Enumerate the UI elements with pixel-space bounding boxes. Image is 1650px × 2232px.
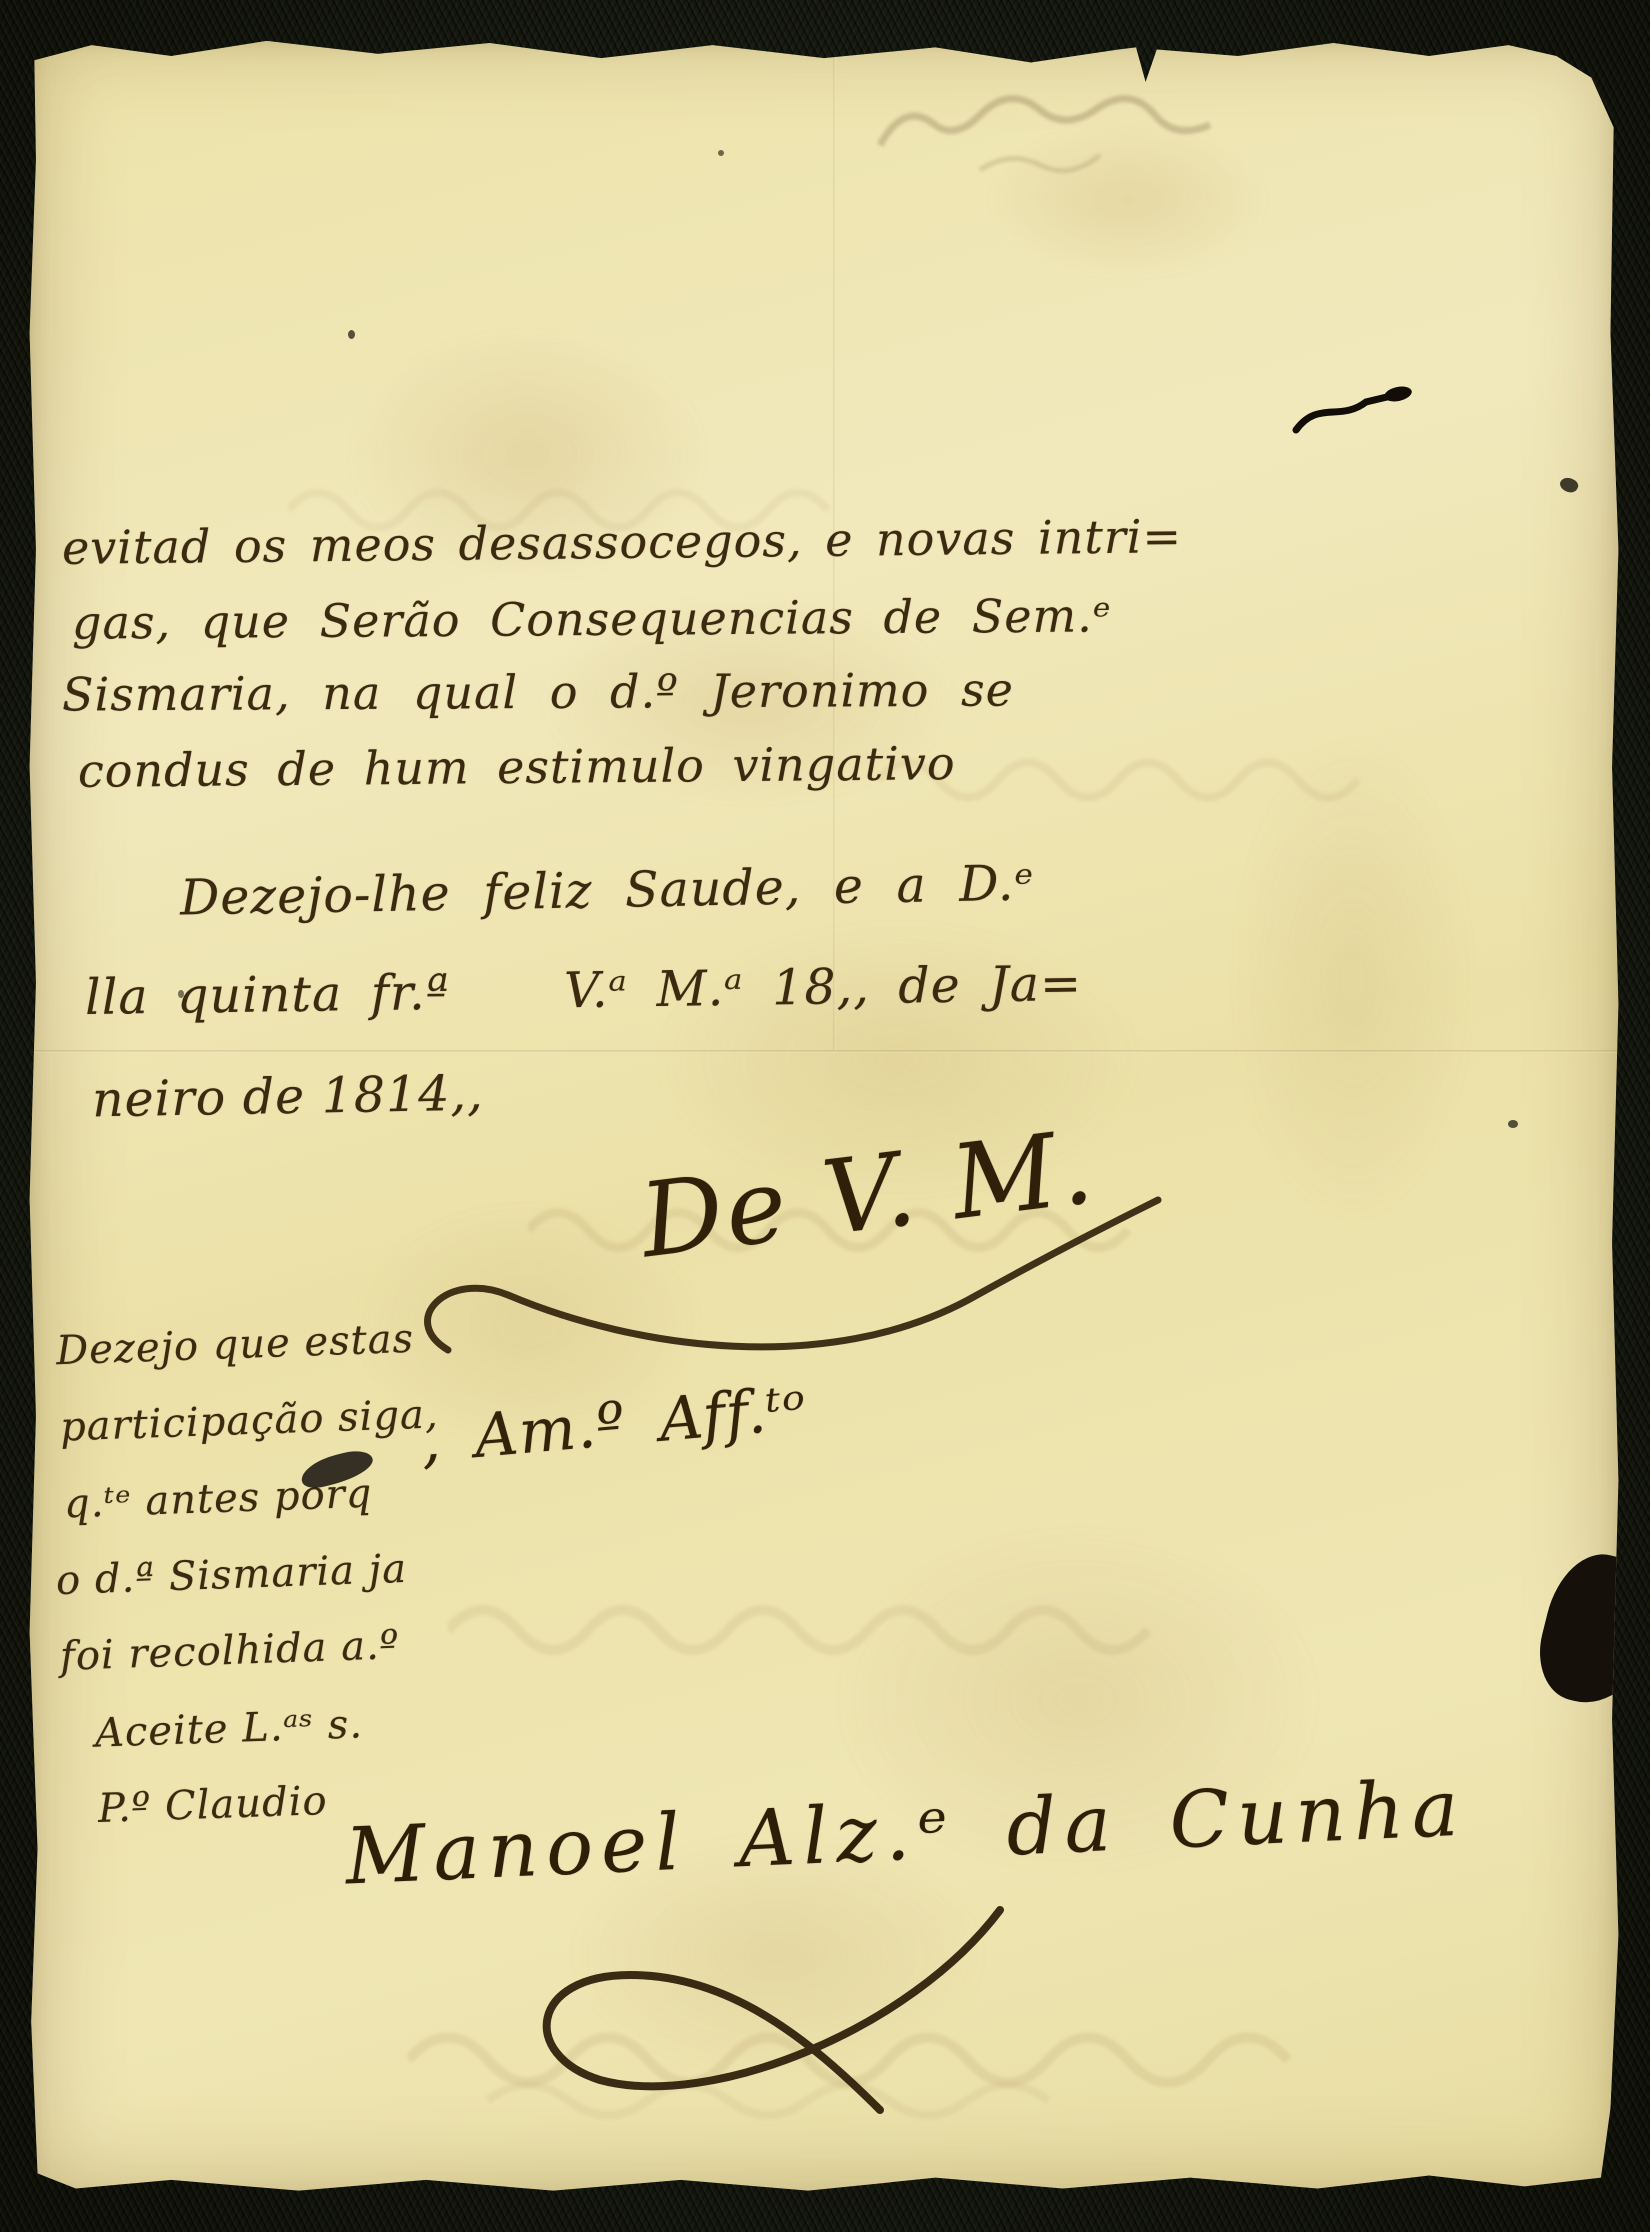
fold-crease-horizontal	[28, 1050, 1620, 1053]
ink-blot-edge	[1528, 1544, 1650, 1716]
ghost-scribble	[448, 1560, 1168, 1690]
body-line: condus de hum estimulo vingativo	[78, 736, 956, 798]
marginal-line: Dezejo que estas	[55, 1316, 414, 1374]
body-line: Dezejo-lhe feliz Saude, e a D.ᵉ	[180, 855, 1035, 927]
ink-speck	[1558, 474, 1581, 495]
ink-speck	[1508, 1120, 1518, 1128]
paper-stain	[928, 90, 1328, 310]
paper-stain	[278, 280, 778, 630]
marginal-line: foi recolhida a.º	[59, 1622, 400, 1680]
ghost-scribble	[860, 55, 1240, 195]
marginal-line: participação siga,	[59, 1391, 439, 1450]
paper-stain	[1178, 630, 1528, 1330]
body-line: gas, que Serão Consequencias de Sem.ᵉ	[72, 588, 1112, 649]
photo-background: evitad os meos desassocegos, e novas int…	[0, 0, 1650, 2232]
body-line: Sismaria, na qual o d.º Jeronimo se	[62, 663, 1014, 722]
ink-blot-flourish	[1290, 378, 1420, 448]
body-line: lla quinta fr.ª V.ᵃ M.ᵃ 18,, de Ja=	[85, 955, 1083, 1026]
marginal-line: q.ᵗᵉ antes porq	[63, 1471, 373, 1528]
ink-speck	[718, 150, 724, 156]
ink-speck	[348, 330, 355, 339]
marginal-line: o d.ª Sismaria ja	[55, 1546, 407, 1604]
marginal-line: Aceite L.ᵃˢ s.	[94, 1701, 363, 1756]
marginal-line: P.º Claudio	[97, 1778, 328, 1832]
body-line: evitad os meos desassocegos, e novas int…	[62, 509, 1183, 575]
body-line: neiro de 1814,,	[92, 1065, 484, 1129]
signature-flourish	[480, 1880, 1040, 2160]
letter-paper: evitad os meos desassocegos, e novas int…	[28, 30, 1620, 2195]
